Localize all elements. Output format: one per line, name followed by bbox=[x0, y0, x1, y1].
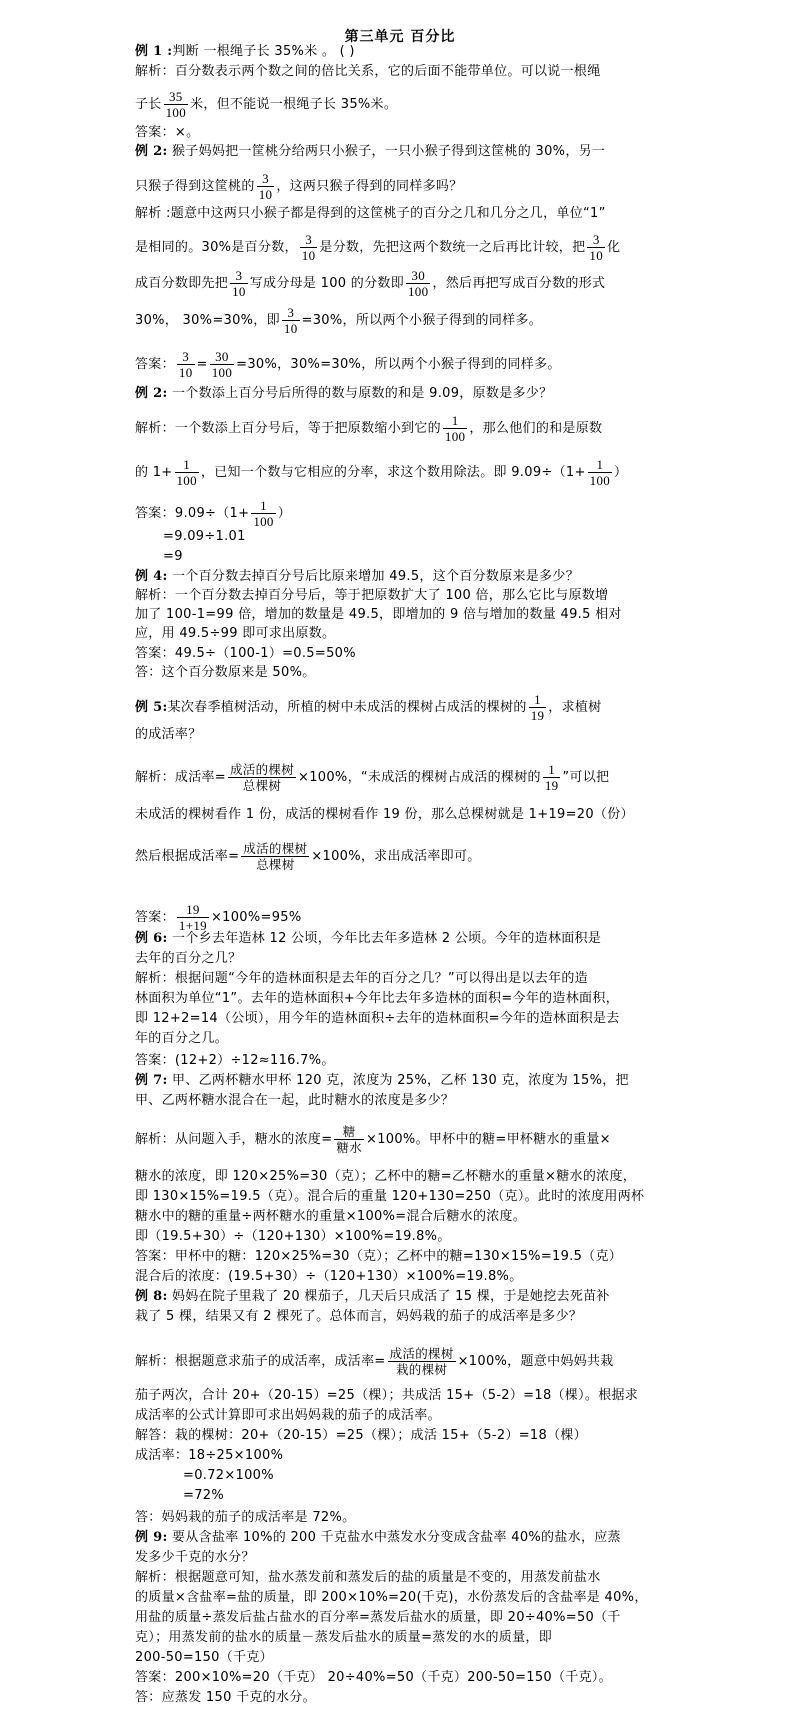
ex5-analysis-1: 解析：成活率=成活的棵树总棵树×100%，“未成活的棵树占成活的棵树的119”可… bbox=[135, 762, 609, 793]
ex8-analysis-3: 成活率的公式计算即可求出妈妈栽的茄子的成活率。 bbox=[135, 1407, 441, 1425]
ex2a-analysis-4: 30%， 30%=30%，即310=30%，所以两个小猴子得到的同样多。 bbox=[135, 305, 542, 336]
fraction: 1100 bbox=[251, 498, 275, 529]
ex9-question-2: 发多少千克的水分？ bbox=[135, 1549, 255, 1567]
ex7-analysis-5: 即（19.5+30）÷（120+130）×100%=19.8%。 bbox=[135, 1228, 451, 1246]
ex2b-step-2: =9 bbox=[163, 548, 183, 566]
ex8-question-2: 栽了 5 棵，结果又有 2 棵死了。总体而言，妈妈栽的茄子的成活率是多少？ bbox=[135, 1308, 582, 1326]
fraction: 191+19 bbox=[177, 902, 209, 933]
ex8-label: 例 8: bbox=[135, 1289, 168, 1304]
ex7-answer: 答案：甲杯中的糖：120×25%=30（克）；乙杯中的糖=130×15%=19.… bbox=[135, 1248, 622, 1266]
ex7-question-2: 甲、乙两杯糖水混合在一起，此时糖水的浓度是多少？ bbox=[135, 1092, 454, 1110]
ex8-solution-3: =0.72×100% bbox=[183, 1467, 274, 1485]
ex6-question: 例 6: 一个乡去年造林 12 公顷，今年比去年多造林 2 公顷。今年的造林面积… bbox=[135, 930, 601, 948]
ex2a-question-2: 只猴子得到这筐桃的310，这两只猴子得到的同样多吗？ bbox=[135, 171, 463, 202]
ex7-label: 例 7: bbox=[135, 1073, 168, 1088]
ex5-question-2: 的成活率？ bbox=[135, 726, 202, 744]
ex2b-answer: 答案：9.09÷（1+1100） bbox=[135, 498, 291, 529]
ex9-analysis-3: 用盐的质量÷蒸发后盐占盐水的百分率=蒸发后盐水的质量，即 20÷40%=50（千 bbox=[135, 1609, 621, 1627]
ex4-analysis-1: 解析：一个百分数去掉百分号后，等于把原数扩大了 100 倍，那么它比与原数增 bbox=[135, 587, 608, 605]
ex2a-label: 例 2: bbox=[135, 144, 168, 159]
fraction: 310 bbox=[282, 305, 300, 336]
ex1-analysis: 解析：百分数表示两个数之间的倍比关系，它的后面不能带单位。可以说一根绳 bbox=[135, 63, 601, 81]
fraction: 成活的棵树总棵树 bbox=[228, 762, 296, 793]
ex9-analysis-2: 的质量×含盐率=盐的质量，即 200×10%=20(千克)，水份蒸发后的含盐率是… bbox=[135, 1589, 648, 1607]
ex4-analysis-2: 加了 100-1=99 倍，增加的数量是 49.5，即增加的 9 倍与增加的数量… bbox=[135, 606, 622, 624]
ex8-analysis-1: 解析：根据题意求茄子的成活率，成活率=成活的棵树栽的棵树×100%，题意中妈妈共… bbox=[135, 1346, 614, 1377]
fraction: 119 bbox=[543, 762, 561, 793]
fraction: 310 bbox=[300, 232, 318, 263]
fraction: 1100 bbox=[175, 457, 199, 488]
ex8-solution-1: 解答：栽的棵树：20+（20-15）=25（棵）；成活 15+（5-2）=18（… bbox=[135, 1427, 587, 1445]
ex4-final-answer: 答：这个百分数原来是 50%。 bbox=[135, 664, 316, 682]
ex2a-analysis-1: 解析 :题意中这两只小猴子都是得到的这筐桃子的百分之几和几分之几，单位“1” bbox=[135, 205, 606, 223]
ex7-answer-2: 混合后的浓度：(19.5+30）÷（120+130）×100%=19.8%。 bbox=[135, 1268, 523, 1286]
ex1-analysis-2: 子长35100米，但不能说一根绳子长 35%米。 bbox=[135, 89, 397, 120]
ex1-answer: 答案：×。 bbox=[135, 124, 199, 142]
ex7-analysis-1: 解析：从问题入手，糖水的浓度=糖糖水×100%。甲杯中的糖=甲杯糖水的重量× bbox=[135, 1124, 611, 1155]
ex5-analysis-3: 然后根据成活率=成活的棵树总棵树×100%，求出成活率即可。 bbox=[135, 841, 481, 872]
fraction: 310 bbox=[587, 232, 605, 263]
ex7-analysis-3: 即 130×15%=19.5（克）。混合后的重量 120+130=250（克）。… bbox=[135, 1188, 644, 1206]
ex8-analysis-2: 茄子两次，合计 20+（20-15）=25（棵）；共成活 15+（5-2）=18… bbox=[135, 1387, 638, 1405]
ex9-answer: 答案：200×10%=20（千克） 20÷40%=50（千克）200-50=15… bbox=[135, 1669, 612, 1687]
fraction: 30100 bbox=[406, 268, 430, 299]
ex4-answer: 答案：49.5÷（100-1）=0.5=50% bbox=[135, 645, 356, 663]
fraction: 30100 bbox=[210, 349, 234, 380]
ex5-question: 例 5:某次春季植树活动，所植的树中未成活的棵树占成活的棵树的119，求植树 bbox=[135, 692, 602, 723]
ex2a-analysis-3: 成百分数即先把310写成分母是 100 的分数即30100，然后再把写成百分数的… bbox=[135, 268, 605, 299]
document-page: 第三单元 百分比 例 1 :判断 一根绳子长 35%米 。 ( ) 解析：百分数… bbox=[0, 0, 800, 1710]
ex8-final-answer: 答：妈妈栽的茄子的成活率是 72%。 bbox=[135, 1509, 355, 1527]
fraction: 1100 bbox=[443, 413, 467, 444]
ex4-label: 例 4: bbox=[135, 569, 168, 584]
ex9-analysis-4: 克）；用蒸发前的盐水的质量－蒸发后盐水的质量=蒸发的水的质量，即 bbox=[135, 1629, 552, 1647]
ex4-question: 例 4: 一个百分数去掉百分号后比原来增加 49.5，这个百分数原来是多少？ bbox=[135, 568, 579, 586]
fraction: 成活的棵树总棵树 bbox=[241, 841, 309, 872]
ex5-analysis-2: 未成活的棵树看作 1 份，成活的棵树看作 19 份，那么总棵树就是 1+19=2… bbox=[135, 806, 634, 824]
ex2a-analysis-2: 是相同的。30%是百分数，310是分数，先把这两个数统一之后再比计较，把310化 bbox=[135, 232, 620, 263]
fraction: 1100 bbox=[588, 457, 612, 488]
ex1-question: 例 1 :判断 一根绳子长 35%米 。 ( ) bbox=[135, 43, 355, 61]
ex7-analysis-2: 糖水的浓度，即 120×25%=30（克）；乙杯中的糖=乙杯糖水的重量×糖水的浓… bbox=[135, 1168, 636, 1186]
ex9-final-answer: 答：应蒸发 150 千克的水分。 bbox=[135, 1689, 316, 1707]
ex9-analysis-1: 解析：根据题意可知，盐水蒸发前和蒸发后的盐的质量是不变的，用蒸发前盐水 bbox=[135, 1569, 601, 1587]
fraction: 糖糖水 bbox=[334, 1124, 364, 1155]
fraction: 310 bbox=[177, 349, 195, 380]
ex6-analysis-2: 林面积为单位“1”。去年的造林面积+今年比去年多造林的面积=今年的造林面积， bbox=[135, 990, 619, 1008]
ex9-label: 例 9: bbox=[135, 1530, 168, 1545]
ex6-analysis-4: 年的百分之几。 bbox=[135, 1030, 228, 1048]
ex2b-question: 例 2: 一个数添上百分号后所得的数与原数的和是 9.09，原数是多少？ bbox=[135, 385, 552, 403]
ex9-question: 例 9: 要从含盐率 10%的 200 千克盐水中蒸发水分变成含盐率 40%的盐… bbox=[135, 1529, 621, 1547]
ex2b-analysis-1: 解析：一个数添上百分号后，等于把原数缩小到它的1100，那么他们的和是原数 bbox=[135, 413, 602, 444]
ex7-analysis-4: 糖水中的糖的重量÷两杯糖水的重量×100%=混合后糖水的浓度。 bbox=[135, 1208, 526, 1226]
ex6-analysis-3: 即 12+2=14（公顷），用今年的造林面积÷去年的造林面积=今年的造林面积是去 bbox=[135, 1010, 620, 1028]
ex8-question: 例 8: 妈妈在院子里栽了 20 棵茄子，几天后只成活了 15 棵，于是她挖去死… bbox=[135, 1288, 610, 1306]
fraction: 成活的棵树栽的棵树 bbox=[388, 1346, 456, 1377]
ex2a-answer: 答案：310=30100=30%，30%=30%，所以两个小猴子得到的同样多。 bbox=[135, 349, 561, 380]
ex8-solution-4: =72% bbox=[183, 1487, 224, 1505]
ex4-analysis-3: 应，用 49.5÷99 即可求出原数。 bbox=[135, 625, 335, 643]
ex6-answer: 答案：(12+2）÷12≈116.7%。 bbox=[135, 1052, 335, 1070]
ex7-question: 例 7: 甲、乙两杯糖水甲杯 120 克，浓度为 25%，乙杯 130 克，浓度… bbox=[135, 1072, 629, 1090]
ex2b-label: 例 2: bbox=[135, 386, 168, 401]
ex6-analysis-1: 解析：根据问题“今年的造林面积是去年的百分之几？”可以得出是以去年的造 bbox=[135, 970, 588, 988]
ex2b-analysis-2: 的 1+1100，已知一个数与它相应的分率，求这个数用除法。即 9.09÷（1+… bbox=[135, 457, 627, 488]
ex8-solution-2: 成活率：18÷25×100% bbox=[135, 1447, 283, 1465]
ex2a-question: 例 2: 猴子妈妈把一筐桃分给两只小猴子，一只小猴子得到这筐桃的 30%，另一 bbox=[135, 143, 605, 161]
ex9-analysis-5: 200-50=150（千克） bbox=[135, 1649, 273, 1667]
fraction: 310 bbox=[257, 171, 275, 202]
fraction: 119 bbox=[529, 692, 547, 723]
ex5-answer: 答案：191+19×100%=95% bbox=[135, 902, 302, 933]
ex6-question-2: 去年的百分之几？ bbox=[135, 950, 241, 968]
fraction: 35100 bbox=[164, 89, 188, 120]
ex5-label: 例 5: bbox=[135, 700, 168, 715]
ex1-label: 例 1 : bbox=[135, 44, 172, 59]
ex6-label: 例 6: bbox=[135, 931, 168, 946]
ex2b-step-1: =9.09÷1.01 bbox=[163, 528, 246, 546]
page-title: 第三单元 百分比 bbox=[0, 26, 800, 46]
fraction: 310 bbox=[230, 268, 248, 299]
